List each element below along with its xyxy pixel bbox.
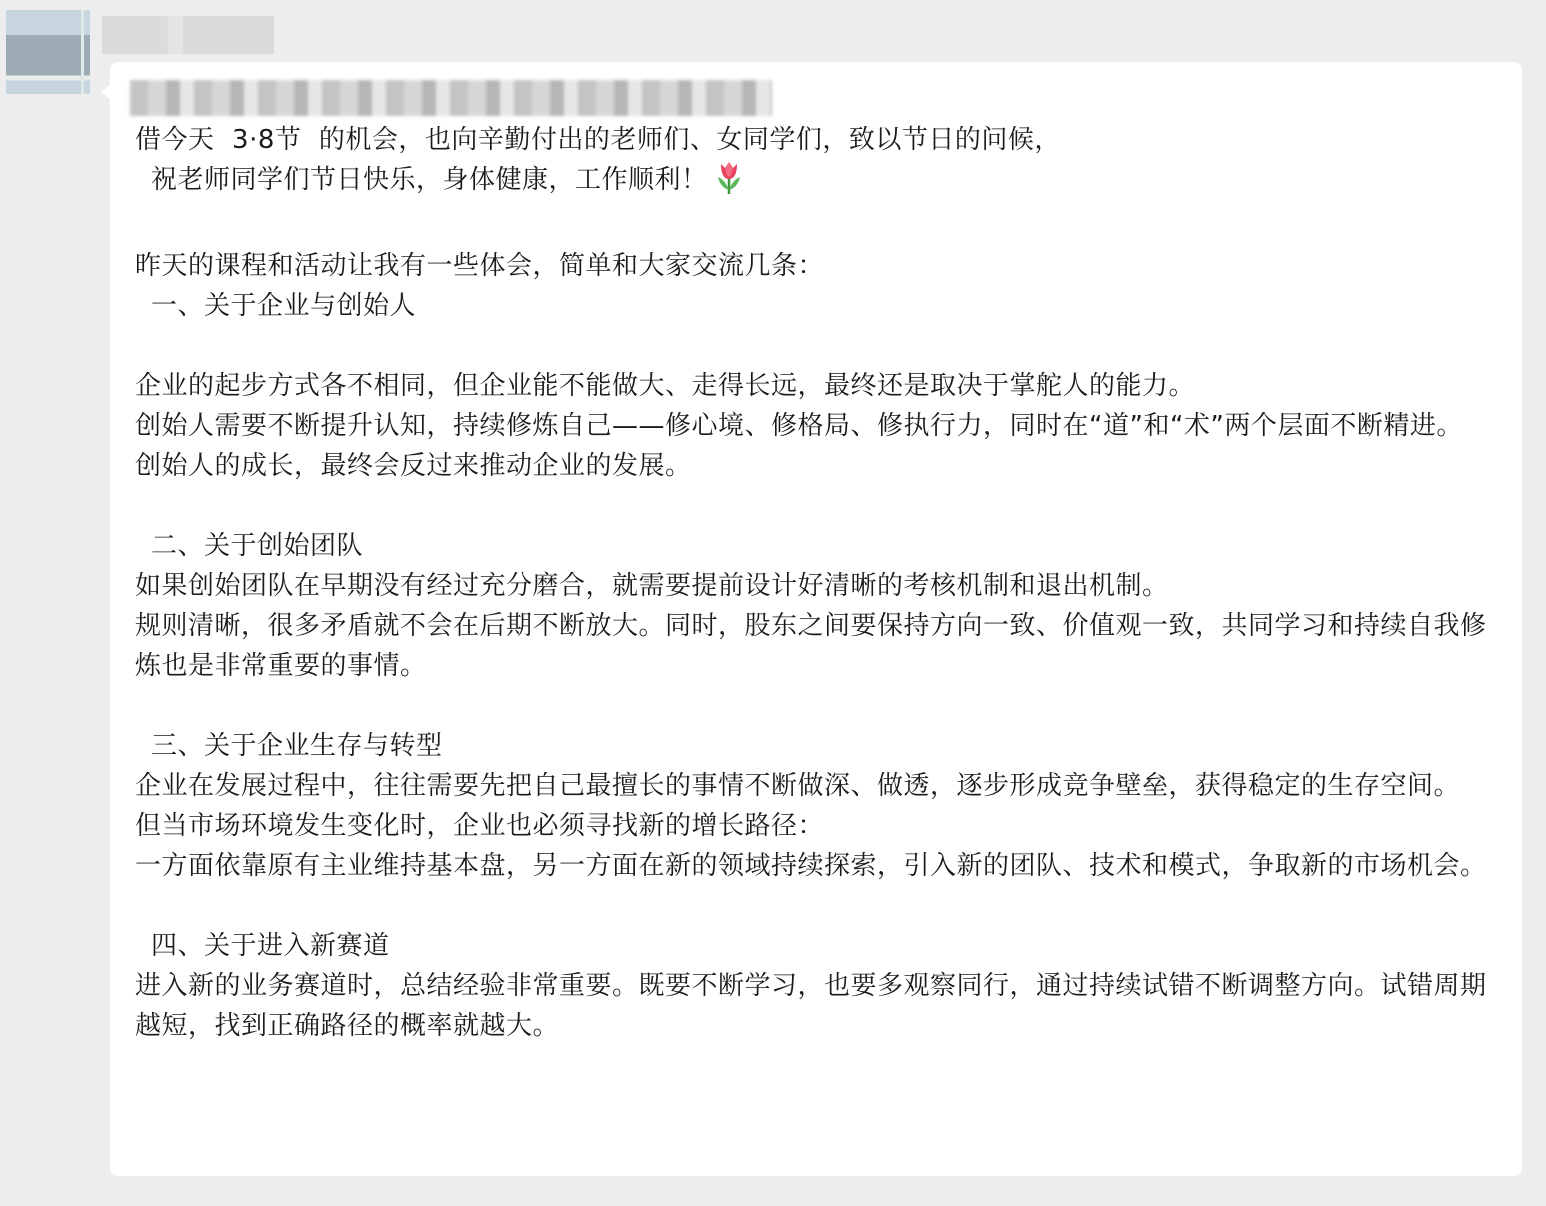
greeting-wish: 祝老师同学们节日快乐，身体健康，工作顺利！ — [151, 165, 708, 195]
sender-avatar[interactable] — [6, 10, 90, 94]
message-text: 借今天 3·8节 的机会，也向辛勤付出的老师们、女同学们，致以节日的问候， 祝老… — [135, 120, 1505, 1046]
tulip-icon — [714, 160, 744, 206]
greeting-line-2: 祝老师同学们节日快乐，身体健康，工作顺利！ — [135, 160, 1505, 206]
intro-text: 昨天的课程和活动让我有一些体会，简单和大家交流几条： — [135, 246, 1505, 286]
greeting-line-1: 借今天 3·8节 的机会，也向辛勤付出的老师们、女同学们，致以节日的问候， — [135, 120, 1505, 160]
section-1-heading: 一、关于企业与创始人 — [135, 286, 1505, 326]
section-3-paragraph: 企业在发展过程中，往往需要先把自己最擅长的事情不断做深、做透，逐步形成竞争壁垒，… — [135, 766, 1505, 806]
section-3-paragraph: 但当市场环境发生变化时，企业也必须寻找新的增长路径： — [135, 806, 1505, 846]
section-1-paragraph: 企业的起步方式各不相同，但企业能不能做大、走得长远，最终还是取决于掌舵人的能力。 — [135, 366, 1505, 406]
section-4-heading: 四、关于进入新赛道 — [135, 926, 1505, 966]
spacer — [135, 206, 1505, 246]
section-2-paragraph: 如果创始团队在早期没有经过充分磨合，就需要提前设计好清晰的考核机制和退出机制。 — [135, 566, 1505, 606]
redacted-quote: [blurred] — [130, 80, 772, 116]
section-3-heading: 三、关于企业生存与转型 — [135, 726, 1505, 766]
section-4-paragraph: 进入新的业务赛道时，总结经验非常重要。既要不断学习，也要多观察同行，通过持续试错… — [135, 966, 1505, 1046]
spacer — [135, 486, 1505, 526]
spacer — [135, 686, 1505, 726]
section-2-heading: 二、关于创始团队 — [135, 526, 1505, 566]
sender-name: [blurred] — [102, 16, 274, 54]
section-2-paragraph: 规则清晰，很多矛盾就不会在后期不断放大。同时，股东之间要保持方向一致、价值观一致… — [135, 606, 1505, 686]
spacer — [135, 326, 1505, 366]
message-bubble[interactable]: [blurred] 借今天 3·8节 的机会，也向辛勤付出的老师们、女同学们，致… — [110, 62, 1522, 1176]
section-1-paragraph: 创始人的成长，最终会反过来推动企业的发展。 — [135, 446, 1505, 486]
spacer — [135, 886, 1505, 926]
avatar-divider — [81, 10, 84, 94]
section-1-paragraph: 创始人需要不断提升认知，持续修炼自己——修心境、修格局、修执行力，同时在“道”和… — [135, 406, 1505, 446]
section-3-paragraph: 一方面依靠原有主业维持基本盘，另一方面在新的领域持续探索，引入新的团队、技术和模… — [135, 846, 1505, 886]
